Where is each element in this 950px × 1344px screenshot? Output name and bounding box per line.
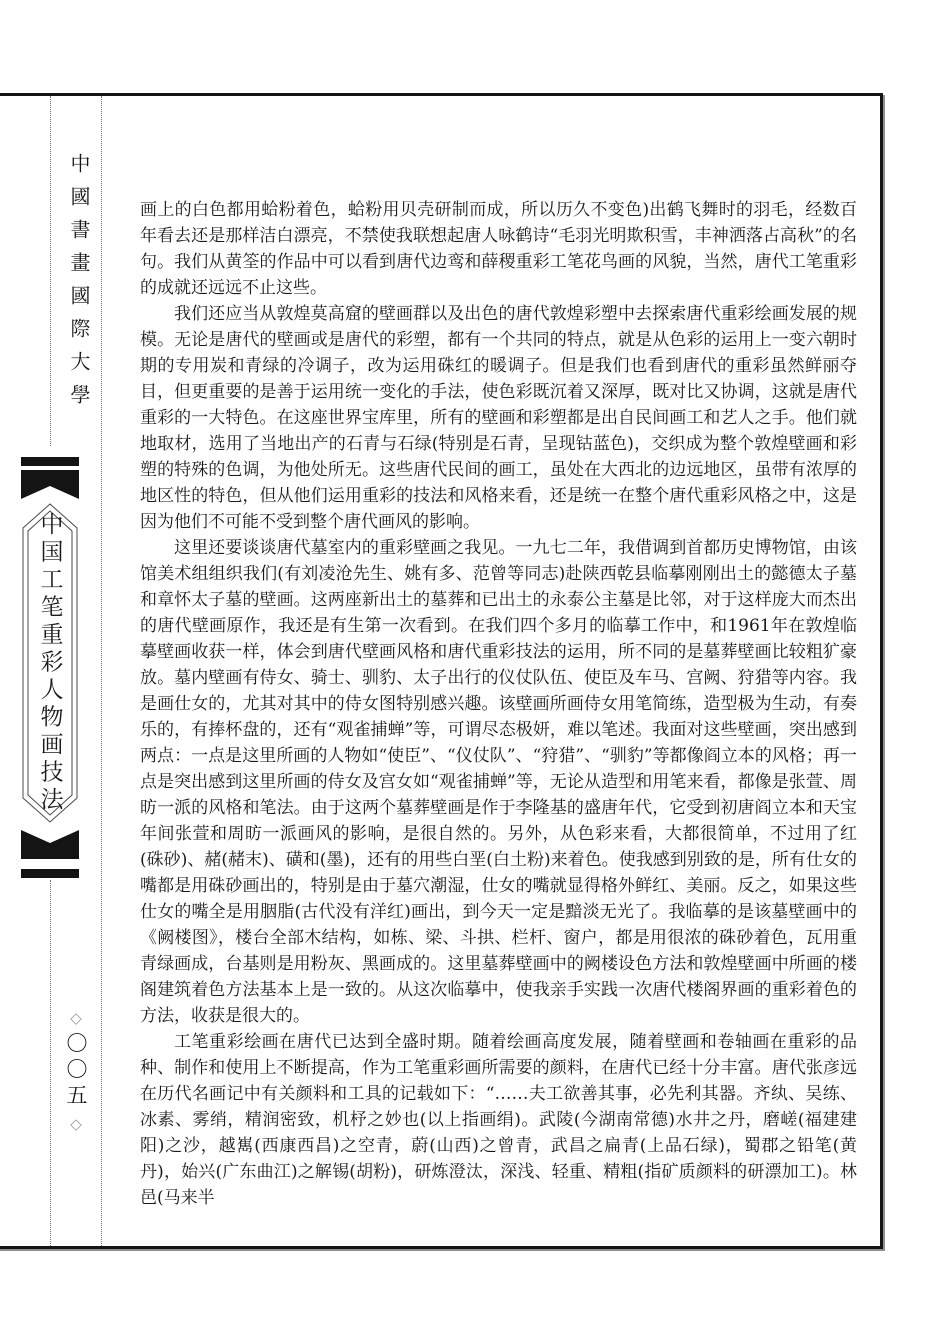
- paragraph-3: 这里还要谈谈唐代墓室内的重彩壁画之我见。一九七二年，我借调到首都历史博物馆，由该…: [140, 535, 857, 1029]
- sidebar-dotted-rule-left-lower: [50, 880, 51, 1246]
- paragraph-1: 画上的白色都用蛤粉着色，蛤粉用贝壳研制而成，所以历久不变色)出鹤飞舞时的羽毛，经…: [140, 197, 857, 301]
- book-page: 中國書畫國際大學 中国工笔重彩人物画技法 ◇ 〇〇五 ◇ 画上的白色都用蛤粉着色…: [0, 0, 950, 1344]
- emblem-bottom-bar: [21, 869, 79, 878]
- page-number: 〇〇五: [61, 1032, 91, 1110]
- diamond-ornament-bottom: ◇: [70, 1112, 82, 1136]
- sidebar-institution-title: 中國書畫國際大學: [65, 153, 94, 417]
- sidebar-dotted-rule-left-upper: [50, 96, 51, 446]
- body-text: 画上的白色都用蛤粉着色，蛤粉用贝壳研制而成，所以历久不变色)出鹤飞舞时的羽毛，经…: [140, 197, 857, 1211]
- page-number-block: ◇ 〇〇五 ◇: [54, 1006, 98, 1136]
- emblem-top-ribbon: [21, 470, 79, 499]
- sidebar-dotted-rule-right: [101, 96, 102, 1246]
- emblem-top-bar: [21, 457, 79, 466]
- book-title-text: 中国工笔重彩人物画技法: [34, 512, 67, 815]
- paragraph-4: 工笔重彩绘画在唐代已达到全盛时期。随着绘画高度发展，随着壁画和卷轴画在重彩的品种…: [140, 1029, 857, 1211]
- paragraph-2: 我们还应当从敦煌莫高窟的壁画群以及出色的唐代敦煌彩塑中去探索唐代重彩绘画发展的规…: [140, 301, 857, 535]
- book-title-emblem: 中国工笔重彩人物画技法: [21, 457, 79, 878]
- book-title-box: 中国工笔重彩人物画技法: [21, 502, 79, 824]
- emblem-bottom-ribbon: [21, 830, 79, 859]
- diamond-ornament-top: ◇: [70, 1006, 82, 1030]
